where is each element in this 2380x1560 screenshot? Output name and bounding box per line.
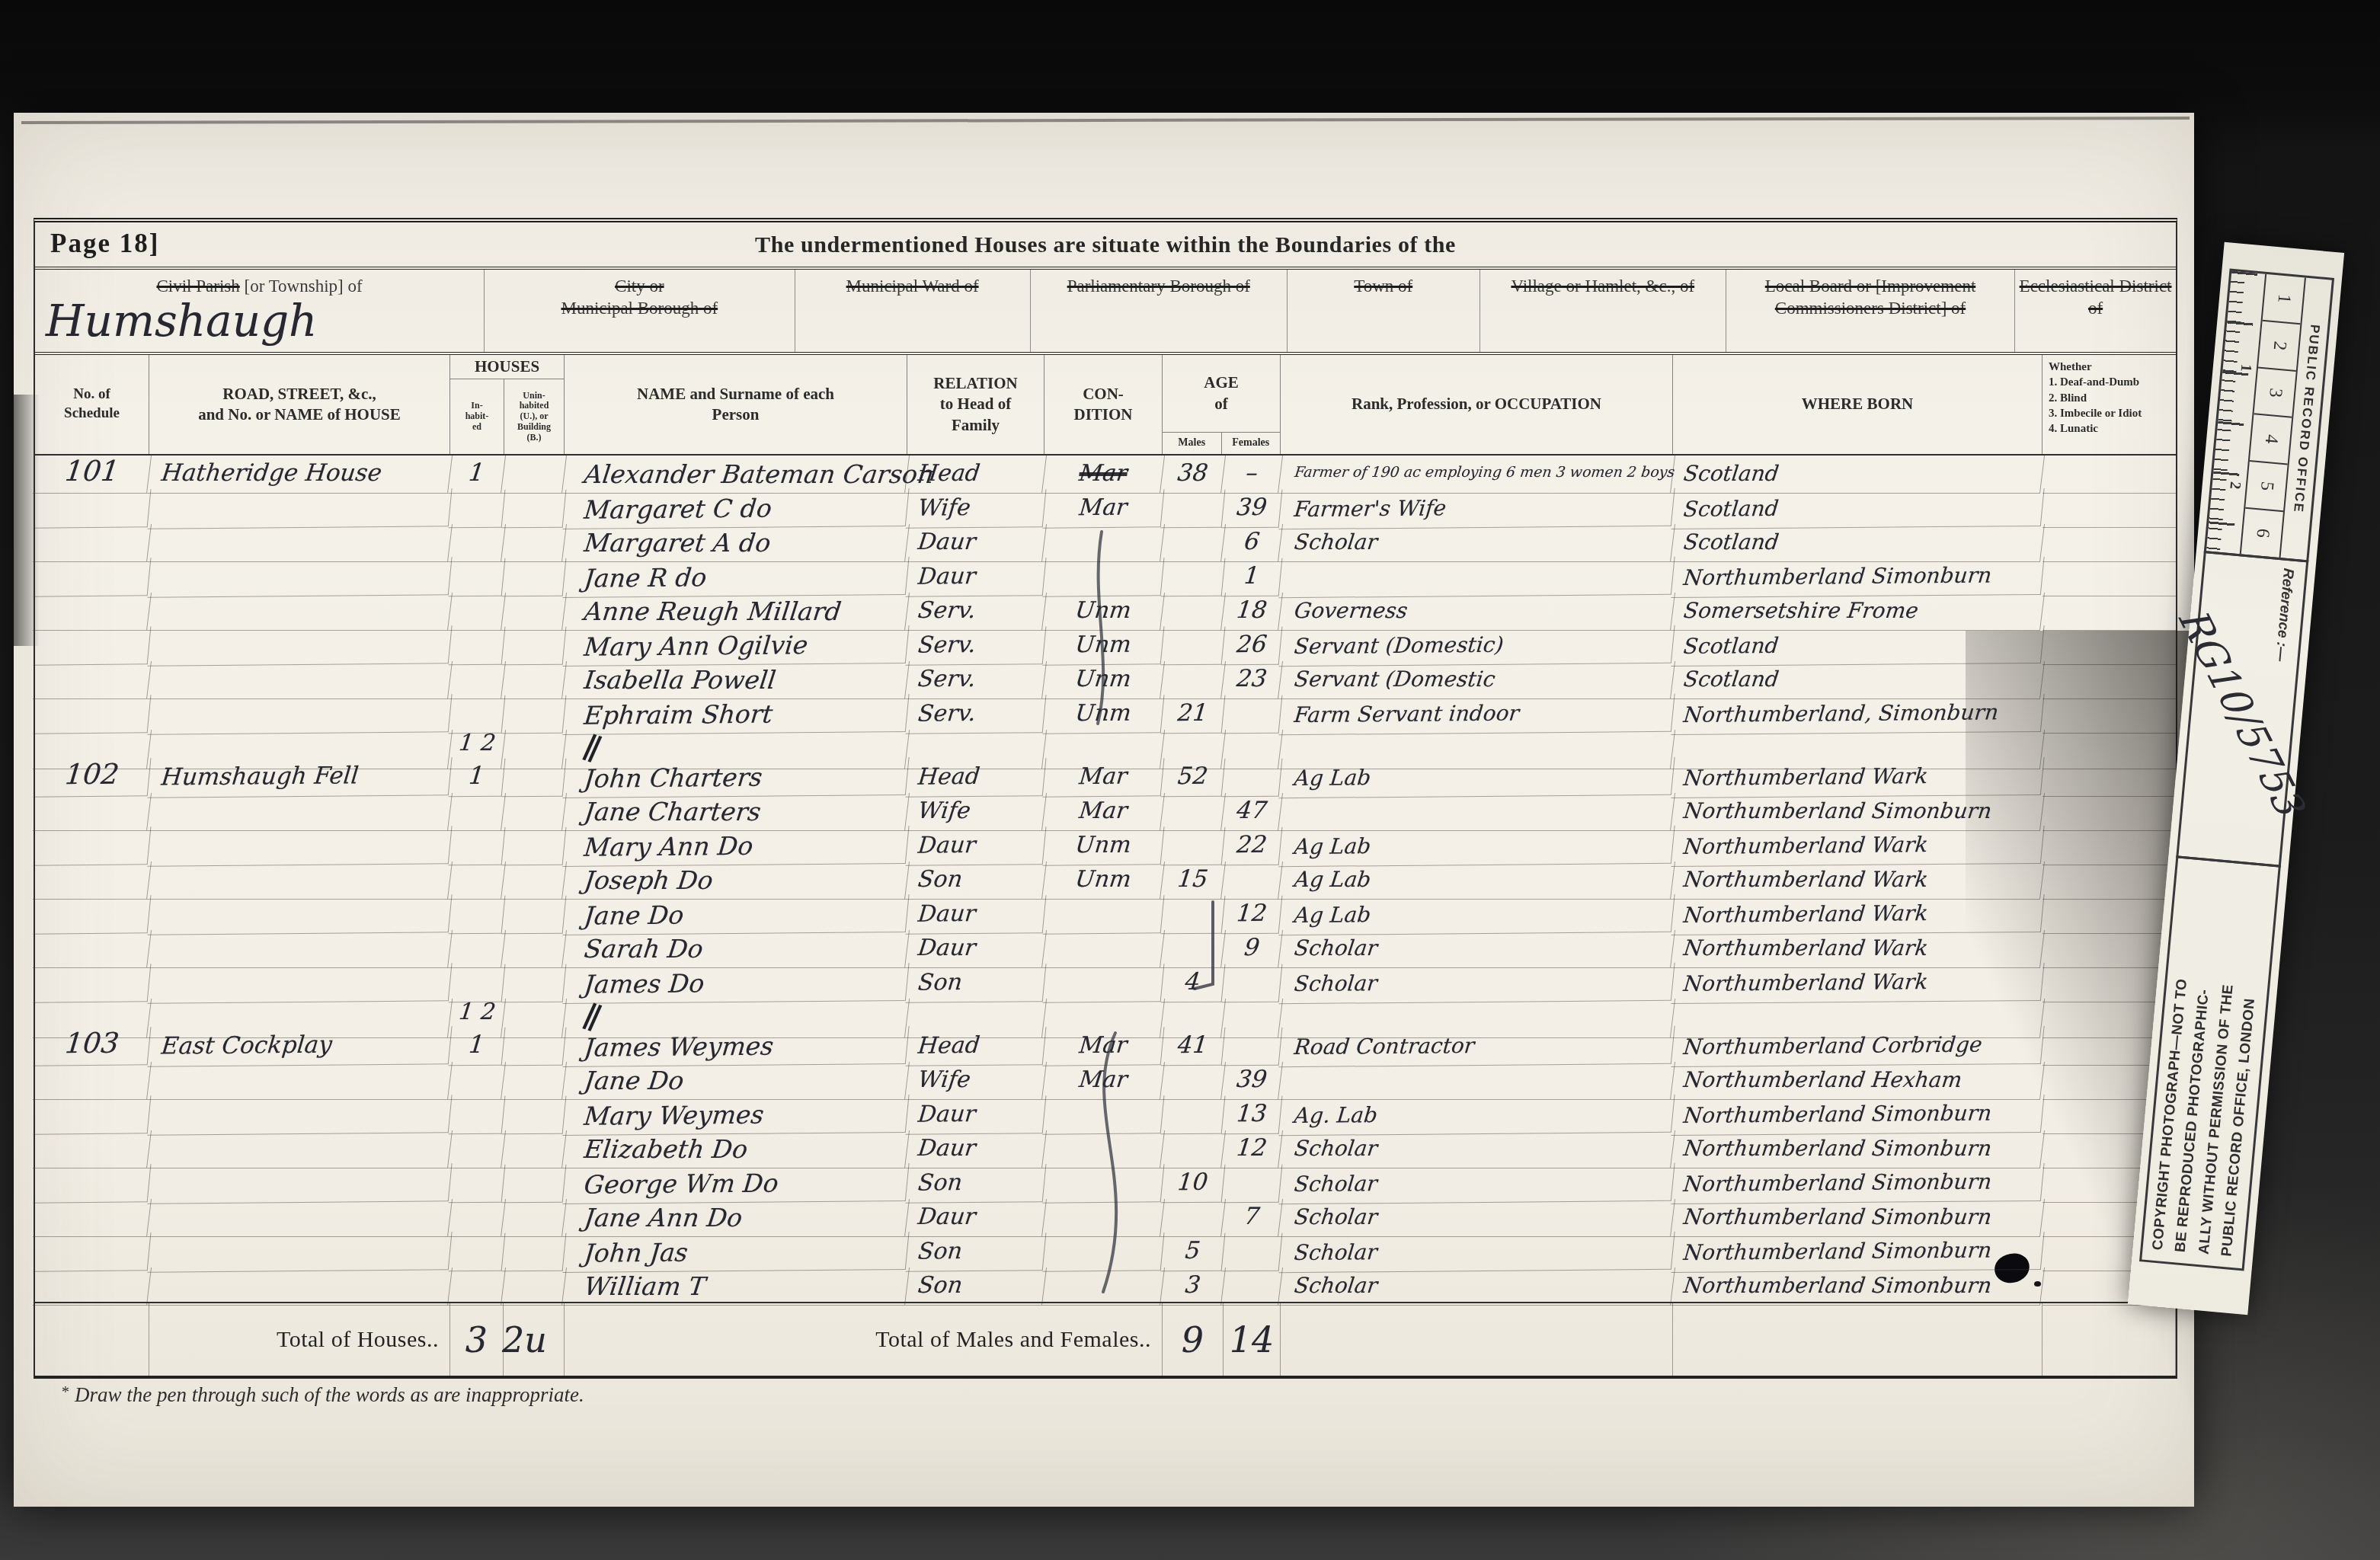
totals-empty-schedule: [35, 1303, 149, 1376]
cell-houses-uninhabited: [501, 1267, 567, 1306]
cell-relation: Daur: [906, 895, 1047, 935]
cell-age-male: 21: [1161, 695, 1226, 734]
cell-age-male: [1160, 524, 1226, 562]
cell-age-female: 23: [1221, 661, 1283, 699]
jurisdiction-cell: Municipal Ward of: [795, 270, 1031, 352]
cell-whether-infirmity: [2043, 930, 2176, 968]
cell-address: [147, 963, 452, 1003]
census-row: Jane ChartersWifeMar47Northumberland Sim…: [35, 793, 2176, 827]
cell-relation: Serv.: [906, 695, 1047, 734]
cell-address: [147, 661, 453, 699]
cell-age-male: [1160, 1199, 1226, 1237]
header-age-group: AGE of Males Females: [1163, 355, 1281, 454]
jurisdiction-cell: Civil Parish [or Township] ofHumshaugh: [35, 270, 485, 352]
header-relation: RELATION to Head of Family: [907, 355, 1044, 454]
cell-person-name: Mary Ann Ogilvie: [562, 625, 909, 667]
cell-houses-uninhabited: [502, 1096, 567, 1135]
cell-person-name: Isabella Powell: [562, 661, 910, 699]
cell-houses-inhabited: 1: [449, 1028, 506, 1066]
census-row: Mary Ann DoDaurUnm22Ag LabNorthumberland…: [35, 827, 2176, 862]
cell-houses-inhabited: [449, 896, 506, 935]
footnote: *Draw the pen through such of the words …: [61, 1383, 584, 1407]
cell-houses-inhabited: [448, 930, 506, 968]
cell-condition: [1043, 895, 1165, 934]
cell-schedule-number: [34, 489, 152, 528]
cell-address: [147, 1267, 453, 1306]
cell-address: [147, 862, 453, 900]
cell-houses-inhabited: [448, 1130, 506, 1168]
cell-where-born: Somersetshire Frome: [1671, 593, 2045, 631]
totals-empty-occupation: [1281, 1303, 1673, 1376]
census-row: Jane DoWifeMar39Northumberland Hexham: [35, 1062, 2176, 1096]
cell-houses-inhabited: [449, 827, 506, 866]
header-uninhabited: Unin- habited (U.), or Building (B.): [504, 379, 564, 454]
cell-address: Humshaugh Fell: [147, 757, 452, 798]
cell-houses-uninhabited: [501, 1199, 567, 1237]
cell-condition: Unm: [1043, 826, 1165, 865]
cell-person-name: Margaret A do: [562, 524, 910, 562]
cell-relation: Daur: [905, 1130, 1047, 1168]
cell-person-name: Margaret C do: [562, 488, 909, 529]
tally-row: 1 2∥: [35, 999, 2176, 1028]
cell-address: [147, 894, 452, 935]
cell-houses-inhabited: [449, 1233, 506, 1272]
cell-schedule-number: 103: [34, 1027, 152, 1066]
cell-houses-uninhabited: [502, 896, 567, 935]
cell-where-born: Northumberland Hexham: [1671, 1062, 2045, 1100]
totals-empty-where-born: [1673, 1303, 2043, 1376]
cell-relation: Daur: [905, 930, 1047, 968]
cell-person-name: Elizabeth Do: [562, 1130, 910, 1168]
header-road: ROAD, STREET, &c., and No. or NAME of HO…: [149, 355, 450, 454]
cell-houses-inhabited: [449, 695, 506, 734]
cell-age-male: 15: [1160, 862, 1226, 900]
cell-houses-inhabited: [449, 627, 506, 666]
cell-person-name: Jane Do: [562, 894, 909, 935]
cell-houses-uninhabited: [501, 1130, 567, 1168]
cell-where-born: Northumberland Wark: [1671, 963, 2044, 1004]
cell-houses-inhabited: [448, 1267, 506, 1306]
cell-age-female: [1222, 1233, 1283, 1272]
cell-whether-infirmity: [2043, 661, 2176, 699]
header-houses-group: HOUSES In- habit- ed Unin- habited (U.),…: [450, 355, 565, 454]
jurisdiction-label: Village or Hamlet, &c., of: [1480, 276, 1726, 298]
cell-age-male: [1160, 930, 1226, 968]
footnote-text: Draw the pen through such of the words a…: [75, 1383, 584, 1406]
cell-houses-inhabited: 1: [448, 456, 506, 494]
cell-person-name: Joseph Do: [562, 862, 910, 900]
cell-person-name: George Wm Do: [562, 1163, 909, 1204]
cell-whether-infirmity: [2043, 862, 2176, 900]
cell-age-female: [1222, 695, 1283, 734]
cell-where-born: Scotland: [1671, 661, 2045, 699]
ruler-box: 1 2 123456 PUBLIC RECORD OFFICE: [2204, 268, 2334, 562]
cell-houses-uninhabited: [502, 1028, 567, 1066]
cell-person-name: Mary Weymes: [562, 1095, 909, 1136]
cell-schedule-number: [33, 1199, 152, 1237]
total-males-females-label: Total of Males and Females..: [565, 1303, 1163, 1376]
cell-age-female: 9: [1221, 930, 1283, 968]
cell-age-male: [1161, 558, 1226, 597]
cell-age-male: 10: [1161, 1165, 1226, 1204]
table-header-row: No. of Schedule ROAD, STREET, &c., and N…: [35, 355, 2176, 456]
cell-schedule-number: [33, 1062, 152, 1100]
cell-houses-inhabited: [449, 964, 506, 1003]
cell-address: [147, 930, 453, 968]
cell-houses-uninhabited: [502, 490, 567, 529]
cell-where-born: Northumberland, Simonburn: [1671, 694, 2044, 735]
cell-address: East Cockplay: [147, 1026, 452, 1066]
cell-address: [147, 625, 452, 666]
header-where-born: WHERE BORN: [1673, 355, 2043, 454]
header-houses: HOUSES: [450, 355, 564, 379]
cell-condition: Mar: [1043, 758, 1165, 797]
cell-relation: Daur: [905, 1199, 1047, 1237]
jurisdiction-label: Municipal Ward of: [795, 276, 1030, 298]
cell-whether-infirmity: [2043, 730, 2176, 769]
census-row: James DoSon4ScholarNorthumberland Wark: [35, 964, 2176, 999]
census-row: Jane DoDaur12Ag LabNorthumberland Wark: [35, 896, 2176, 930]
cell-houses-inhabited: [449, 1096, 506, 1135]
jurisdiction-label: Local Board or [Improvement Commissioner…: [1726, 276, 2014, 320]
cell-schedule-number: [34, 1095, 152, 1134]
cell-relation: Wife: [906, 489, 1047, 529]
cell-condition: [1042, 1267, 1165, 1306]
ruler-number: 5: [2245, 462, 2287, 512]
cell-houses-uninhabited: [501, 661, 567, 699]
cell-age-female: 39: [1221, 1062, 1283, 1100]
cell-houses-uninhabited: [502, 964, 567, 1003]
header-age: AGE of: [1163, 355, 1280, 432]
cell-age-female: 6: [1221, 524, 1283, 562]
census-row: Sarah DoDaur9ScholarNorthumberland Wark: [35, 930, 2176, 964]
cell-relation: Son: [906, 1164, 1047, 1204]
cell-whether-infirmity: [2043, 695, 2176, 734]
cell-whether-infirmity: [2043, 793, 2176, 831]
cell-houses-inhabited: [448, 524, 506, 562]
cell-relation: Son: [906, 1232, 1047, 1272]
cell-houses-uninhabited: [502, 827, 567, 866]
cell-age-female: 12: [1222, 896, 1283, 935]
cell-person-name: James Do: [562, 963, 909, 1004]
cell-schedule-number: [34, 626, 152, 665]
census-page: Page 18] The undermentioned Houses are s…: [14, 113, 2194, 1507]
cell-relation: Serv.: [906, 626, 1047, 666]
cell-age-female: [1222, 1165, 1283, 1204]
cell-age-male: 4: [1161, 964, 1226, 1003]
cell-age-female: [1221, 862, 1283, 900]
cell-houses-uninhabited: [502, 695, 567, 734]
cell-whether-infirmity: [2043, 896, 2176, 934]
cell-address: [147, 593, 453, 631]
census-row: 101Hatheridge House1Alexander Bateman Ca…: [35, 456, 2176, 490]
cell-schedule-number: 102: [34, 758, 152, 797]
cell-relation: Daur: [906, 826, 1047, 866]
cell-person-name: William T: [562, 1267, 910, 1306]
cell-houses-uninhabited: [501, 862, 567, 900]
cell-age-female: 18: [1221, 593, 1283, 631]
cell-schedule-number: [33, 930, 152, 968]
cell-age-male: [1160, 1130, 1226, 1168]
total-houses-label: Total of Houses..: [149, 1303, 450, 1376]
census-row: Margaret C doWifeMar39Farmer's WifeScotl…: [35, 490, 2176, 524]
cell-houses-inhabited: [449, 490, 506, 529]
jurisdiction-cell: Village or Hamlet, &c., of: [1480, 270, 1726, 352]
cell-age-male: 41: [1161, 1028, 1226, 1066]
census-row: Anne Reugh MillardServ.Unm18GovernessSom…: [35, 593, 2176, 627]
cell-age-male: [1161, 827, 1226, 866]
cell-where-born: Scotland: [1671, 524, 2045, 562]
cell-condition: [1042, 1130, 1165, 1168]
census-row: 102Humshaugh Fell1John ChartersHeadMar52…: [35, 759, 2176, 793]
cell-address: Hatheridge House: [147, 456, 453, 494]
cell-where-born: Northumberland Wark: [1671, 894, 2044, 935]
cell-condition: [1043, 964, 1165, 1002]
cell-address: [147, 488, 452, 529]
census-row: Jane Ann DoDaur7ScholarNorthumberland Si…: [35, 1199, 2176, 1233]
header-occupation: Rank, Profession, or OCCUPATION: [1281, 355, 1673, 454]
cell-schedule-number: [33, 1267, 152, 1306]
cell-where-born: Northumberland Wark: [1671, 930, 2045, 968]
cell-condition: Unm: [1043, 626, 1165, 665]
cell-age-female: [1222, 964, 1283, 1003]
cell-schedule-number: [34, 826, 152, 865]
census-row: Joseph DoSonUnm15Ag LabNorthumberland Wa…: [35, 862, 2176, 896]
cell-person-name: Jane Ann Do: [562, 1199, 910, 1237]
jurisdiction-label: City or Municipal Borough of: [485, 276, 794, 320]
cell-age-male: [1160, 793, 1226, 831]
header-name: NAME and Surname of each Person: [565, 355, 907, 454]
cell-whether-infirmity: [2043, 593, 2176, 631]
copyright-notice: COPYRIGHT PHOTOGRAPH—NOT TO BE REPRODUCE…: [2147, 869, 2273, 1257]
ruler-number: 2: [2258, 321, 2300, 371]
jurisdiction-label: Parliamentary Borough of: [1031, 276, 1287, 298]
cell-condition: [1042, 930, 1165, 968]
cell-relation: Wife: [905, 1062, 1047, 1100]
cell-person-name: Jane Charters: [562, 793, 910, 831]
header-inhabited: In- habit- ed: [450, 379, 504, 454]
cell-houses-uninhabited: [501, 456, 567, 494]
cell-schedule-number: [34, 964, 152, 1002]
cell-age-male: [1160, 1062, 1226, 1100]
cell-condition: [1043, 1164, 1165, 1203]
ruler-number: 6: [2241, 509, 2283, 558]
reference-label: Reference :—: [2271, 567, 2296, 662]
cell-schedule-number: [33, 862, 152, 900]
cell-age-female: 7: [1221, 1199, 1283, 1237]
cell-occupation: Scholar: [1278, 1267, 1675, 1306]
ruler-number: 4: [2250, 415, 2292, 465]
cell-where-born: Scotland: [1671, 488, 2044, 529]
cell-age-male: 52: [1161, 759, 1226, 798]
cell-where-born: Northumberland Simonburn: [1671, 557, 2044, 598]
cell-age-female: 12: [1221, 1130, 1283, 1168]
cell-condition: Mar: [1043, 1027, 1165, 1066]
cell-whether-infirmity: [2043, 759, 2176, 797]
cell-age-female: [1221, 1267, 1283, 1306]
cell-relation: Son: [906, 964, 1047, 1003]
cell-schedule-number: [33, 793, 152, 831]
cell-houses-inhabited: [448, 793, 506, 831]
census-row: George Wm DoSon10ScholarNorthumberland S…: [35, 1165, 2176, 1199]
cell-condition: Mar: [1042, 1062, 1165, 1100]
cell-where-born: Scotland: [1671, 456, 2045, 494]
cell-where-born: Northumberland Simonburn: [1671, 1130, 2045, 1168]
header-age-females: Females: [1222, 433, 1281, 454]
ruler-inch-2: 2: [2225, 481, 2244, 490]
jurisdiction-cell: Local Board or [Improvement Commissioner…: [1726, 270, 2015, 352]
cell-whether-infirmity: [2043, 490, 2176, 528]
cell-person-name: Jane Do: [562, 1062, 910, 1100]
cell-relation: Serv.: [905, 593, 1047, 631]
cell-age-male: [1161, 1096, 1226, 1135]
cell-person-name: John Charters: [562, 757, 909, 798]
cell-address: [147, 1130, 453, 1168]
ruler-number: 1: [2263, 274, 2305, 324]
cell-where-born: Northumberland Wark: [1671, 826, 2044, 867]
cell-whether-infirmity: [2043, 627, 2176, 665]
cell-schedule-number: 101: [33, 456, 152, 494]
cell-relation: Wife: [905, 793, 1047, 831]
cell-condition: Unm: [1043, 695, 1165, 734]
cell-houses-uninhabited: [502, 1233, 567, 1272]
cell-age-female: [1222, 759, 1283, 798]
cell-where-born: Northumberland Simonburn: [1671, 1199, 2045, 1237]
cell-houses-inhabited: 1: [449, 759, 506, 798]
cell-person-name: John Jas: [562, 1232, 909, 1273]
cell-whether-infirmity: [2043, 558, 2176, 596]
census-row: Isabella PowellServ.Unm23Servant (Domest…: [35, 661, 2176, 695]
totals-empty-whether: [2043, 1303, 2176, 1376]
cell-person-name: Alexander Bateman Carson: [562, 456, 910, 494]
tally-row: 1 2∥: [35, 730, 2176, 759]
census-rows: 101Hatheridge House1Alexander Bateman Ca…: [35, 456, 2176, 1302]
total-females: 14: [1224, 1303, 1281, 1376]
cell-schedule-number: [34, 895, 152, 934]
cell-condition: [1043, 1232, 1165, 1271]
cell-condition: [1043, 1095, 1165, 1134]
cell-address: [147, 1062, 453, 1100]
cell-condition: Unm: [1042, 593, 1165, 631]
page-title-bar: Page 18] The undermentioned Houses are s…: [35, 222, 2176, 270]
cell-age-female: [1222, 1028, 1283, 1066]
cell-relation: Serv.: [905, 661, 1047, 699]
scanned-census-photograph: { "page": { "number_label": "Page 18]", …: [0, 0, 2380, 1560]
footnote-marker: *: [61, 1384, 69, 1401]
cell-condition: Unm: [1042, 661, 1165, 699]
cell-age-female: 13: [1222, 1096, 1283, 1135]
cell-person-name: Jane R do: [562, 557, 909, 598]
cell-houses-inhabited: [448, 661, 506, 699]
jurisdiction-cell: Ecclesiastical District of: [2015, 270, 2176, 352]
header-condition: CON- DITION: [1044, 355, 1163, 454]
cell-address: [147, 793, 453, 831]
cell-houses-uninhabited: [502, 558, 567, 597]
cell-schedule-number: [33, 1130, 152, 1168]
cell-age-male: [1161, 490, 1226, 529]
cell-houses-uninhabited: [501, 593, 567, 631]
cell-age-female: 26: [1222, 627, 1283, 666]
cell-address: [147, 1163, 452, 1204]
cell-where-born: Northumberland Simonburn: [1671, 1232, 2044, 1273]
census-row: Jane R doDaur1Northumberland Simonburn: [35, 558, 2176, 593]
total-males: 9: [1163, 1303, 1224, 1376]
cell-person-name: Sarah Do: [562, 930, 910, 968]
cell-houses-uninhabited: [502, 627, 567, 666]
jurisdiction-row: Civil Parish [or Township] ofHumshaughCi…: [35, 270, 2176, 355]
cell-houses-uninhabited: [502, 1165, 567, 1204]
cell-schedule-number: [34, 1232, 152, 1271]
cell-address: [147, 1232, 452, 1272]
cell-whether-infirmity: [2043, 827, 2176, 865]
cell-houses-inhabited: [448, 593, 506, 631]
cell-person-name: Anne Reugh Millard: [562, 593, 910, 631]
cell-age-female: 22: [1222, 827, 1283, 866]
cell-relation: Son: [905, 1267, 1047, 1306]
header-age-males: Males: [1163, 433, 1222, 454]
cell-condition: [1042, 524, 1165, 562]
cell-where-born: Northumberland Simonburn: [1671, 1163, 2044, 1204]
totals-row: Total of Houses.. 3 2u Total of Males an…: [35, 1302, 2176, 1376]
cell-person-name: Mary Ann Do: [562, 826, 909, 867]
cell-age-male: 38: [1160, 456, 1226, 494]
cell-schedule-number: [33, 593, 152, 631]
cell-where-born: Scotland: [1671, 625, 2044, 667]
cell-person-name: Ephraim Short: [562, 694, 909, 735]
cell-condition: Mar: [1042, 456, 1165, 494]
cell-age-male: [1161, 627, 1226, 666]
cell-relation: Son: [905, 862, 1047, 900]
census-row: Elizabeth DoDaur12ScholarNorthumberland …: [35, 1130, 2176, 1165]
census-row: Margaret A doDaur6ScholarScotland: [35, 524, 2176, 558]
jurisdiction-cell: City or Municipal Borough of: [485, 270, 795, 352]
cell-age-male: 3: [1160, 1267, 1226, 1306]
cell-houses-inhabited: [448, 862, 506, 900]
ruler-number: 3: [2254, 368, 2295, 418]
cell-where-born: Northumberland Simonburn: [1671, 1095, 2044, 1136]
jurisdiction-label: Ecclesiastical District of: [2015, 276, 2176, 320]
cell-relation: Daur: [905, 524, 1047, 562]
cell-condition: Mar: [1042, 793, 1165, 831]
cell-houses-uninhabited: [501, 930, 567, 968]
header-schedule: No. of Schedule: [35, 355, 149, 454]
cell-schedule-number: [33, 524, 152, 562]
cell-condition: [1043, 558, 1165, 596]
page-heading: The undermentioned Houses are situate wi…: [35, 222, 2176, 258]
cell-houses-uninhabited: [502, 759, 567, 798]
cell-houses-uninhabited: [501, 524, 567, 562]
jurisdiction-cell: Town of: [1288, 270, 1480, 352]
cell-relation: Head: [906, 758, 1047, 798]
cell-houses-inhabited: [448, 1062, 506, 1100]
cell-person-name: James Weymes: [562, 1026, 909, 1067]
cell-address: [147, 524, 453, 562]
jurisdiction-cell: Parliamentary Borough of: [1031, 270, 1288, 352]
cell-relation: Daur: [906, 558, 1047, 597]
census-row: John JasSon5ScholarNorthumberland Simonb…: [35, 1233, 2176, 1267]
census-row: Ephraim ShortServ.Unm21Farm Servant indo…: [35, 695, 2176, 730]
cell-relation: Head: [906, 1027, 1047, 1066]
census-row: William TSon3ScholarNorthumberland Simon…: [35, 1267, 2176, 1302]
cell-where-born: Northumberland Simonburn: [1671, 1267, 2045, 1306]
cell-schedule-number: [34, 1164, 152, 1203]
cell-age-male: [1161, 896, 1226, 935]
cell-age-male: 5: [1161, 1233, 1226, 1272]
cell-where-born: Northumberland Wark: [1671, 757, 2044, 798]
cell-relation: Daur: [906, 1095, 1047, 1135]
cell-whether-infirmity: [2043, 456, 2176, 494]
cell-address: [147, 694, 452, 734]
